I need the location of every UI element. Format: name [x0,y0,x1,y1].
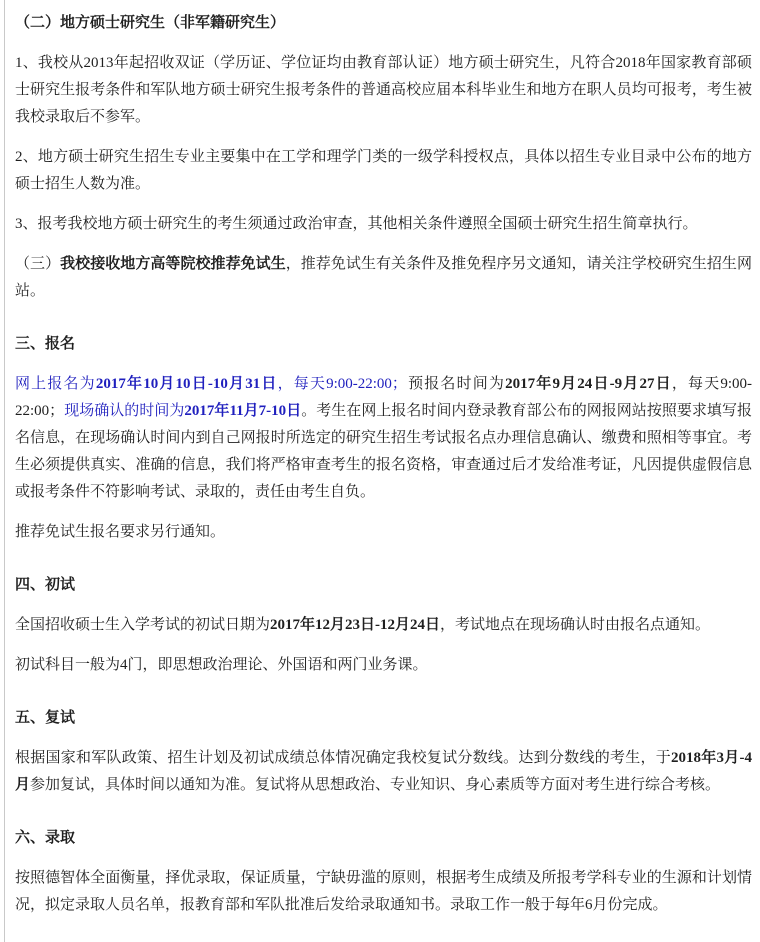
highlighted-text-run: 2017年11月7-10日 [184,403,301,419]
text-run: 推荐免试生报名要求另行通知。 [15,524,225,540]
text-run: 预报名时间为 [407,376,505,392]
paragraph: 推荐免试生报名要求另行通知。 [15,519,752,546]
text-run: 按照德智体全面衡量，择优录取，保证质量，宁缺毋滥的原则，根据考生成绩及所报考学科… [15,870,752,913]
text-run: 2、地方硕士研究生招生专业主要集中在工学和理学门类的一级学科授权点，具体以招生专… [15,149,752,192]
text-run: ，考试地点在现场确认时由报名点通知。 [440,617,710,633]
highlighted-text-run: 网上报名为 [15,376,96,392]
text-run: 五、复试 [15,710,75,726]
document-page: （二）地方硕士研究生（非军籍研究生）1、我校从2013年起招收双证（学历证、学位… [4,0,760,942]
paragraph: 3、报考我校地方硕士研究生的考生须通过政治审查，其他相关条件遵照全国硕士研究生招… [15,211,752,238]
paragraph: 根据国家和军队政策、招生计划及初试成绩总体情况确定我校复试分数线。达到分数线的考… [15,745,752,799]
paragraph: 网上报名为2017年10月10日-10月31日，每天9:00-22:00；预报名… [15,371,752,506]
document-body: （二）地方硕士研究生（非军籍研究生）1、我校从2013年起招收双证（学历证、学位… [15,10,752,919]
text-run: 3、报考我校地方硕士研究生的考生须通过政治审查，其他相关条件遵照全国硕士研究生招… [15,216,698,232]
text-run: 我校接收地方高等院校推荐免试生 [60,256,286,272]
section-heading: 六、录取 [15,825,752,852]
text-run: （二）地方硕士研究生（非军籍研究生） [15,15,285,31]
text-run: 三、报名 [15,336,75,352]
text-run: 1、我校从2013年起招收双证（学历证、学位证均由教育部认证）地方硕士研究生，凡… [15,55,752,125]
text-run: 六、录取 [15,830,75,846]
section-heading: 四、初试 [15,572,752,599]
text-run: 根据国家和军队政策、招生计划及初试成绩总体情况确定我校复试分数线。达到分数线的考… [15,750,671,766]
text-run: 2017年12月23日-12月24日 [270,617,440,633]
paragraph: 全国招收硕士生入学考试的初试日期为2017年12月23日-12月24日，考试地点… [15,612,752,639]
section-heading: （二）地方硕士研究生（非军籍研究生） [15,10,752,37]
section-heading: 五、复试 [15,705,752,732]
section-heading: 三、报名 [15,331,752,358]
text-run: 四、初试 [15,577,75,593]
text-run: （三） [15,256,60,272]
highlighted-text-run: 2017年10月10日-10月31日 [96,376,278,392]
paragraph: （三）我校接收地方高等院校推荐免试生，推荐免试生有关条件及推免程序另文通知，请关… [15,251,752,305]
text-run: 初试科目一般为4门，即思想政治理论、外国语和两门业务课。 [15,657,428,673]
paragraph: 按照德智体全面衡量，择优录取，保证质量，宁缺毋滥的原则，根据考生成绩及所报考学科… [15,865,752,919]
text-run: 2017年9月24日-9月27日 [505,376,672,392]
text-run: 参加复试，具体时间以通知为准。复试将从思想政治、专业知识、身心素质等方面对考生进… [30,777,720,793]
text-run: 全国招收硕士生入学考试的初试日期为 [15,617,270,633]
highlighted-text-run: 现场确认的时间为 [64,403,184,419]
paragraph: 初试科目一般为4门，即思想政治理论、外国语和两门业务课。 [15,652,752,679]
highlighted-text-run: ，每天9:00-22:00； [278,376,407,392]
paragraph: 1、我校从2013年起招收双证（学历证、学位证均由教育部认证）地方硕士研究生，凡… [15,50,752,131]
paragraph: 2、地方硕士研究生招生专业主要集中在工学和理学门类的一级学科授权点，具体以招生专… [15,144,752,198]
